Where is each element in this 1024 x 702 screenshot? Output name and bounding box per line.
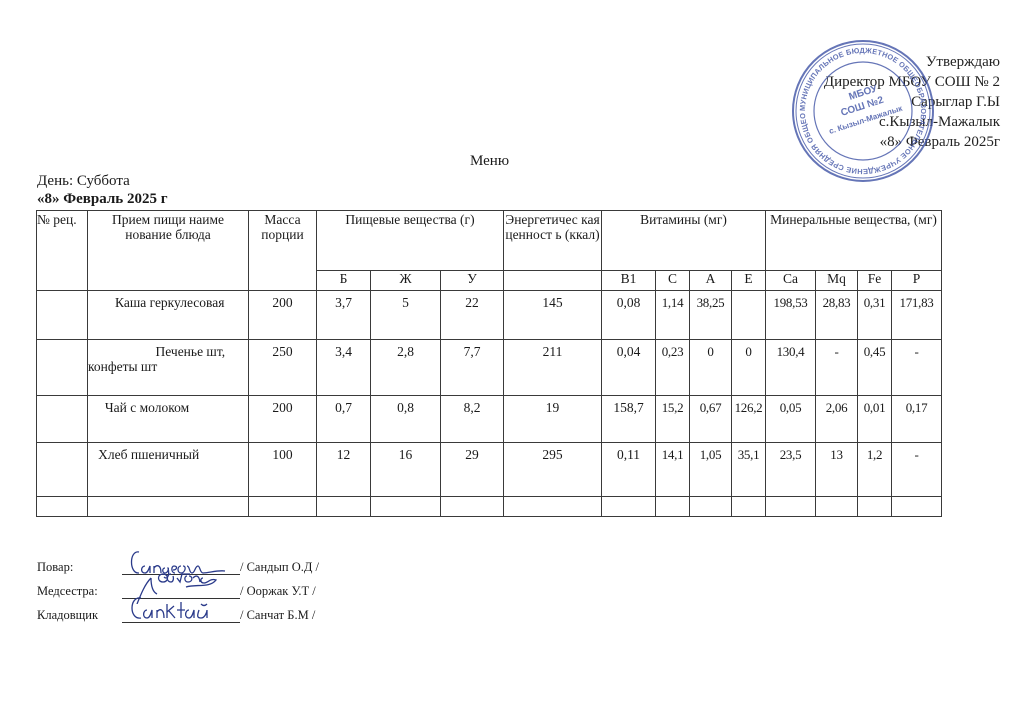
subheader-protein: Б — [317, 271, 371, 291]
cell-p: 0,17 — [892, 396, 942, 443]
cell-e: 35,1 — [732, 443, 766, 497]
cell-zh: 16 — [371, 443, 441, 497]
signature-line — [122, 622, 240, 623]
cell-u — [441, 497, 504, 517]
cell-portion: 200 — [249, 396, 317, 443]
cell-e — [732, 497, 766, 517]
cell-name: Печенье шт, конфеты шт — [88, 340, 249, 396]
cell-b: 0,7 — [317, 396, 371, 443]
cell-zh — [371, 497, 441, 517]
cell-ca: 23,5 — [766, 443, 816, 497]
signature-name: / Санчат Б.М / — [240, 608, 315, 623]
cell-ca: 130,4 — [766, 340, 816, 396]
subheader-fe: Fe — [858, 271, 892, 291]
cell-c: 15,2 — [656, 396, 690, 443]
cell-e: 126,2 — [732, 396, 766, 443]
cell-energy — [504, 497, 602, 517]
cell-a: 1,05 — [690, 443, 732, 497]
cell-p: 171,83 — [892, 291, 942, 340]
cell-mq: 2,06 — [816, 396, 858, 443]
cell-u: 7,7 — [441, 340, 504, 396]
cell-recipe-no — [37, 291, 88, 340]
cell-ca — [766, 497, 816, 517]
cell-fe: 0,45 — [858, 340, 892, 396]
header-minerals: Минеральные вещества, (мг) — [766, 211, 942, 271]
subheader-fat: Ж — [371, 271, 441, 291]
header-meal-name: Прием пищи наиме нование блюда — [88, 211, 249, 291]
header-nutrients: Пищевые вещества (г) — [317, 211, 504, 271]
signature-name: / Сандып О.Д / — [240, 560, 319, 575]
subheader-ca: Ca — [766, 271, 816, 291]
header-portion: Масса порции — [249, 211, 317, 291]
subheader-energy-empty — [504, 271, 602, 291]
cell-ca: 198,53 — [766, 291, 816, 340]
cell-zh: 0,8 — [371, 396, 441, 443]
subheader-a: A — [690, 271, 732, 291]
cell-portion — [249, 497, 317, 517]
signature-role: Медсестра: — [37, 584, 98, 599]
cell-b1 — [602, 497, 656, 517]
cell-c: 14,1 — [656, 443, 690, 497]
cell-name: Каша геркулесовая — [88, 291, 249, 340]
menu-table: № рец. Прием пищи наиме нование блюда Ма… — [36, 210, 942, 517]
cell-a — [690, 497, 732, 517]
cell-portion: 100 — [249, 443, 317, 497]
cell-fe: 0,31 — [858, 291, 892, 340]
cell-portion: 250 — [249, 340, 317, 396]
cell-e: 0 — [732, 340, 766, 396]
cell-name: Чай с молоком — [88, 396, 249, 443]
cell-fe: 1,2 — [858, 443, 892, 497]
cell-mq — [816, 497, 858, 517]
cell-a: 38,25 — [690, 291, 732, 340]
signature-role: Кладовщик — [37, 608, 98, 623]
cell-u: 22 — [441, 291, 504, 340]
cell-energy: 145 — [504, 291, 602, 340]
table-row: Чай с молоком2000,70,88,219158,715,20,67… — [37, 396, 942, 443]
day-of-week: День: Суббота — [37, 173, 130, 190]
school-stamp-icon: МУНИЦИПАЛЬНОЕ БЮДЖЕТНОЕ ОБЩЕОБРАЗОВАТЕЛЬ… — [790, 38, 936, 184]
cell-portion: 200 — [249, 291, 317, 340]
cell-p: - — [892, 340, 942, 396]
subheader-b1: B1 — [602, 271, 656, 291]
table-row: Каша геркулесовая2003,75221450,081,1438,… — [37, 291, 942, 340]
cell-mq: 13 — [816, 443, 858, 497]
cell-a: 0,67 — [690, 396, 732, 443]
cell-ca: 0,05 — [766, 396, 816, 443]
cell-u: 8,2 — [441, 396, 504, 443]
subheader-carbs: У — [441, 271, 504, 291]
document-title: Меню — [470, 153, 509, 170]
table-row: Хлеб пшеничный1001216292950,1114,11,0535… — [37, 443, 942, 497]
header-recipe-no: № рец. — [37, 211, 88, 291]
cell-b — [317, 497, 371, 517]
cell-u: 29 — [441, 443, 504, 497]
signature-name: / Ооржак У.Т / — [240, 584, 316, 599]
header-vitamins: Витамины (мг) — [602, 211, 766, 271]
cell-p — [892, 497, 942, 517]
cell-recipe-no — [37, 396, 88, 443]
cell-b1: 0,04 — [602, 340, 656, 396]
cell-zh: 5 — [371, 291, 441, 340]
subheader-c: C — [656, 271, 690, 291]
table-row: Печенье шт, конфеты шт2503,42,87,72110,0… — [37, 340, 942, 396]
cell-mq: 28,83 — [816, 291, 858, 340]
subheader-e: E — [732, 271, 766, 291]
cell-a: 0 — [690, 340, 732, 396]
subheader-p: P — [892, 271, 942, 291]
menu-date: «8» Февраль 2025 г — [37, 191, 168, 208]
cell-b1: 0,08 — [602, 291, 656, 340]
cell-e — [732, 291, 766, 340]
cell-b1: 0,11 — [602, 443, 656, 497]
cell-mq: - — [816, 340, 858, 396]
cell-energy: 211 — [504, 340, 602, 396]
cell-fe: 0,01 — [858, 396, 892, 443]
header-energy: Энергетичес кая ценност ь (ккал) — [504, 211, 602, 271]
cell-name — [88, 497, 249, 517]
cell-energy: 295 — [504, 443, 602, 497]
cell-b1: 158,7 — [602, 396, 656, 443]
cell-recipe-no — [37, 497, 88, 517]
cell-b: 3,7 — [317, 291, 371, 340]
cell-b: 3,4 — [317, 340, 371, 396]
subheader-mq: Mq — [816, 271, 858, 291]
cell-recipe-no — [37, 443, 88, 497]
cell-fe — [858, 497, 892, 517]
signature-role: Повар: — [37, 560, 73, 575]
cell-zh: 2,8 — [371, 340, 441, 396]
cell-c: 1,14 — [656, 291, 690, 340]
cell-p: - — [892, 443, 942, 497]
cell-b: 12 — [317, 443, 371, 497]
cell-energy: 19 — [504, 396, 602, 443]
cell-name: Хлеб пшеничный — [88, 443, 249, 497]
cell-c: 0,23 — [656, 340, 690, 396]
table-row — [37, 497, 942, 517]
cell-c — [656, 497, 690, 517]
cell-recipe-no — [37, 340, 88, 396]
